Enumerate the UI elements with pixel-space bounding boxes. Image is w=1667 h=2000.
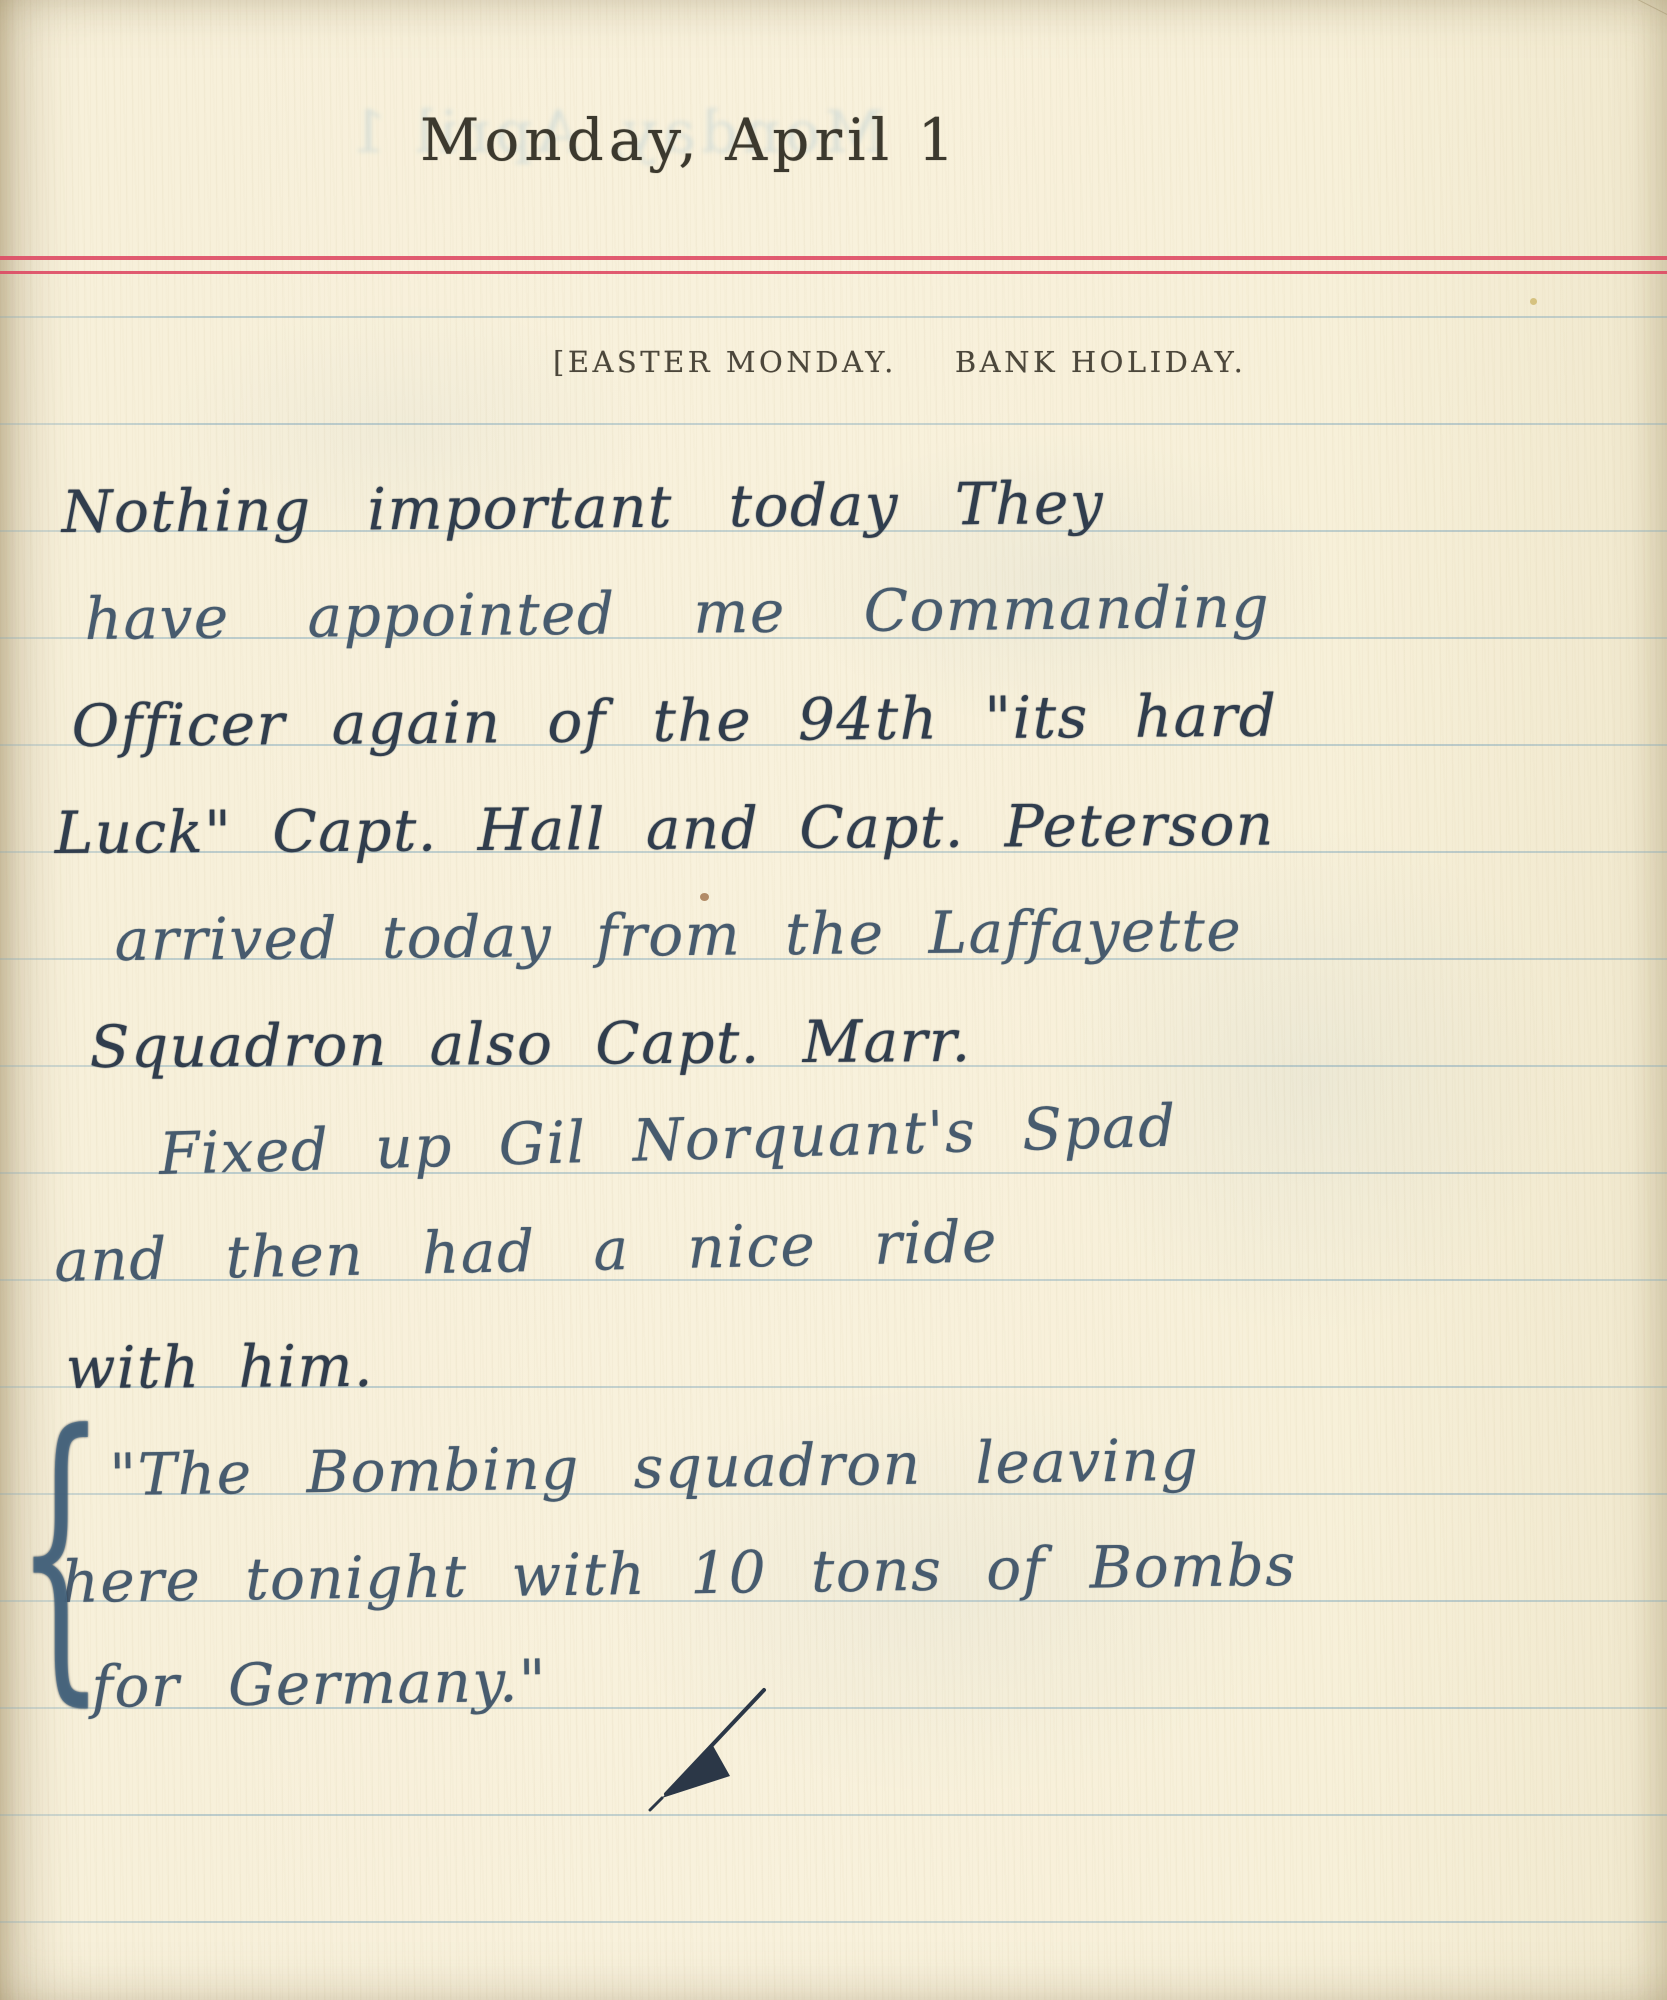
- red-header-rule-top: [0, 256, 1667, 260]
- holiday-note: [EASTER MONDAY.BANK HOLIDAY.: [553, 345, 1246, 379]
- paper-fleck: [700, 893, 709, 901]
- page-title: Monday, April 1: [420, 106, 959, 174]
- margin-brace: {: [16, 1372, 107, 1730]
- handwritten-line: with him.: [66, 1333, 375, 1402]
- handwritten-line: Squadron also Capt. Marr.: [90, 1008, 972, 1081]
- paper-scratch-mark: [1327, 0, 1667, 19]
- handwritten-line: have appointed me Commanding: [84, 574, 1270, 653]
- diary-page: Monday, April 1 Monday, April 1 [EASTER …: [0, 0, 1667, 2000]
- red-header-rule-bottom: [0, 271, 1667, 274]
- handwritten-line: Nothing important today They: [61, 470, 1104, 546]
- holiday-note-left: [EASTER MONDAY.: [553, 345, 897, 379]
- paper-fleck: [1530, 298, 1537, 305]
- handwritten-line: Luck" Capt. Hall and Capt. Peterson: [55, 791, 1275, 866]
- handwritten-line: for Germany.": [91, 1648, 547, 1721]
- holiday-note-right: BANK HOLIDAY.: [955, 345, 1246, 379]
- handwritten-line: arrived today from the Laffayette: [114, 897, 1242, 974]
- handwritten-line: Officer again of the 94th "its hard: [71, 682, 1277, 759]
- ink-flourish-arrow: [636, 1686, 786, 1812]
